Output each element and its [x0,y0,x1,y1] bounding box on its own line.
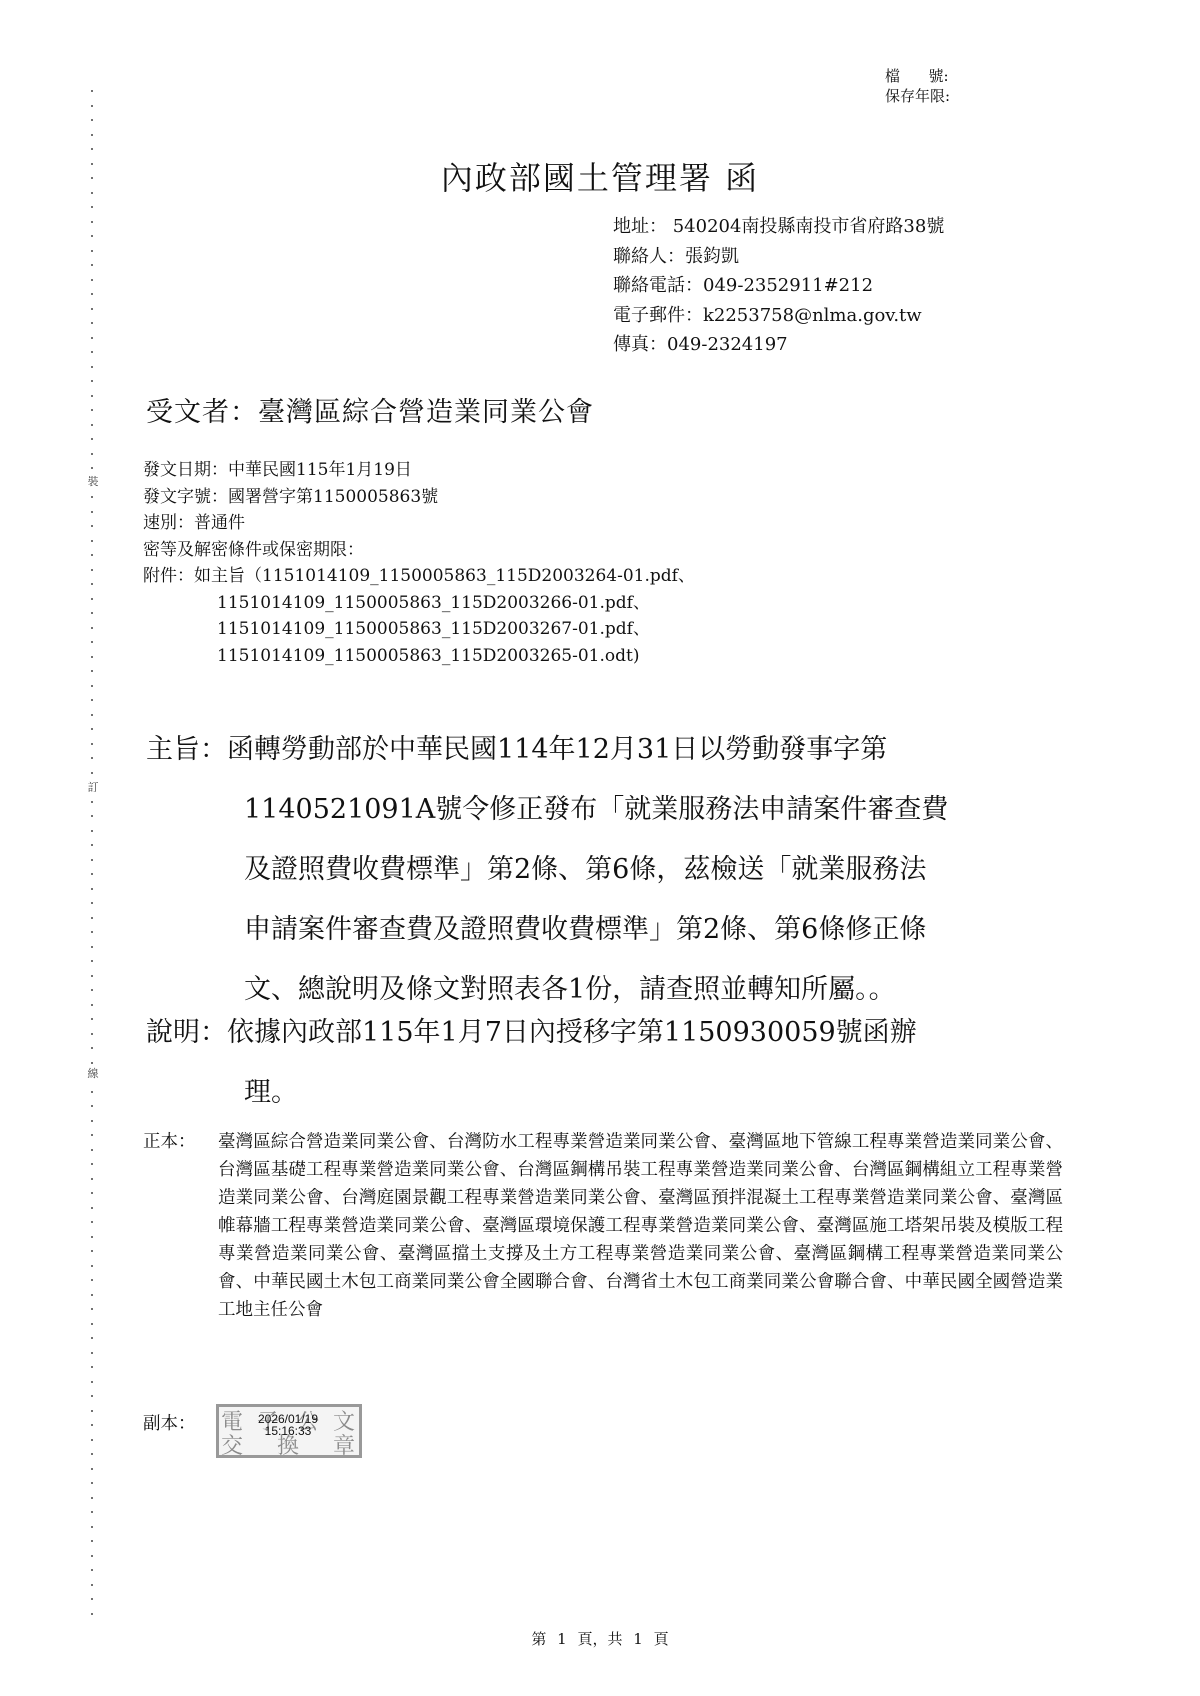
binding-dot [91,1018,93,1020]
binding-dot [91,975,93,977]
binding-dot [91,569,93,571]
binding-dot [91,699,93,701]
binding-dot [91,641,93,643]
stamp-time: 15:16:33 [243,1425,333,1437]
binding-dot [91,1308,93,1310]
binding-dot [91,409,93,411]
priority: 速別：普通件 [143,510,695,537]
explanation-section: 說明：依據內政部115年1月7日內授移字第1150930059號函辦 理。 [146,1003,1026,1123]
binding-dot [91,1265,93,1267]
binding-dot [91,1584,93,1586]
binding-dot [91,1236,93,1238]
binding-dot [91,989,93,991]
subject-line: 申請案件審查費及證照費收費標準」第2條、第6條修正條 [146,900,1026,960]
binding-dot [91,772,93,774]
binding-dot [91,1047,93,1049]
contact-info: 地址： 540204南投縣南投市省府路38號 聯絡人：張鈞凱 聯絡電話：049-… [613,212,944,360]
file-number-label: 檔 號: [885,66,950,86]
binding-dot [91,1395,93,1397]
binding-dot [91,743,93,745]
binding-dot [91,1163,93,1165]
binding-dot [91,221,93,223]
stamp-char: 交 [221,1429,243,1460]
subject-line: 主旨：函轉勞動部於中華民國114年12月31日以勞動發事字第 [146,720,1026,780]
issue-date: 發文日期：中華民國115年1月19日 [143,457,695,484]
binding-mark: 線 [86,1065,100,1081]
subject-line: 及證照費收費標準」第2條、第6條，茲檢送「就業服務法 [146,840,1026,900]
binding-dot [91,801,93,803]
binding-dot [91,511,93,513]
recipient: 受文者：臺灣區綜合營造業同業公會 [146,390,594,429]
binding-dot [91,1569,93,1571]
binding-dot [91,1294,93,1296]
binding-dot [91,250,93,252]
binding-dot [91,1105,93,1107]
binding-dot [91,1250,93,1252]
binding-dot [91,859,93,861]
binding-dot [91,1091,93,1093]
binding-dot [91,873,93,875]
binding-dot [91,1424,93,1426]
binding-dot [91,728,93,730]
binding-dot [91,1033,93,1035]
address: 地址： 540204南投縣南投市省府路38號 [613,212,944,242]
binding-dot [91,1178,93,1180]
binding-dot [91,598,93,600]
binding-dot [91,1366,93,1368]
binding-dot [91,134,93,136]
document-meta: 發文日期：中華民國115年1月19日 發文字號：國署營字第1150005863號… [143,457,695,669]
binding-dot [91,960,93,962]
fax: 傳真：049-2324197 [613,330,944,360]
email: 電子郵件：k2253758@nlma.gov.tw [613,301,944,331]
binding-dot [91,1381,93,1383]
binding-dot [91,1221,93,1223]
binding-dot [91,264,93,266]
binding-dot [91,206,93,208]
binding-dot [91,279,93,281]
attachment-file: 1151014109_1150005863_115D2003266-01.pdf… [143,590,695,617]
binding-dot [91,438,93,440]
original-label: 正本： [143,1128,196,1156]
contact-person: 聯絡人：張鈞凱 [613,242,944,272]
binding-dot [91,322,93,324]
binding-dot [91,525,93,527]
binding-dot [91,1468,93,1470]
binding-dot [91,467,93,469]
binding-dot [91,1279,93,1281]
binding-dot [91,844,93,846]
binding-dot [91,931,93,933]
binding-dot [91,540,93,542]
binding-dot [91,1149,93,1151]
binding-dot [91,554,93,556]
binding-dot [91,656,93,658]
binding-dot [91,90,93,92]
binding-dot [91,1337,93,1339]
binding-dot [91,1482,93,1484]
binding-dot [91,308,93,310]
binding-dot [91,714,93,716]
binding-dot [91,337,93,339]
original-recipients-text: 臺灣區綜合營造業同業公會、台灣防水工程專業營造業同業公會、臺灣區地下管線工程專業… [218,1128,1063,1324]
copy-label: 副本： [143,1410,196,1435]
binding-dot [91,1120,93,1122]
subject-line: 1140521091A號令修正發布「就業服務法申請案件審查費 [146,780,1026,840]
binding-dot [91,1410,93,1412]
binding-dot [91,293,93,295]
binding-dot [91,1352,93,1354]
binding-mark: 裝 [86,473,100,489]
binding-dot [91,1555,93,1557]
attachment-file: 1151014109_1150005863_115D2003267-01.pdf… [143,616,695,643]
explanation-line: 說明：依據內政部115年1月7日內授移字第1150930059號函辦 [146,1003,1026,1063]
file-number-block: 檔 號: 保存年限: [885,66,950,106]
binding-dot [91,1004,93,1006]
binding-dot [91,1134,93,1136]
binding-dot [91,917,93,919]
subject-section: 主旨：函轉勞動部於中華民國114年12月31日以勞動發事字第 114052109… [146,720,1026,1020]
binding-dot [91,366,93,368]
document-number: 發文字號：國署營字第1150005863號 [143,484,695,511]
binding-dot [91,1540,93,1542]
binding-dot [91,1207,93,1209]
attachment-file: 1151014109_1150005863_115D2003265-01.odt… [143,643,695,670]
binding-dot [91,670,93,672]
stamp-timestamp: 2026/01/19 15:16:33 [243,1413,333,1437]
original-recipients: 正本： 臺灣區綜合營造業同業公會、台灣防水工程專業營造業同業公會、臺灣區地下管線… [143,1128,1063,1324]
binding-dot [91,627,93,629]
binding-dot [91,105,93,107]
binding-dot [91,395,93,397]
binding-dot [91,888,93,890]
binding-margin: 裝訂線 [86,90,100,1630]
binding-dot [91,1613,93,1615]
binding-dot [91,119,93,121]
stamp-char: 章 [333,1429,355,1460]
binding-dot [91,612,93,614]
retention-label: 保存年限: [885,86,950,106]
attachment-label: 附件：如主旨（1151014109_1150005863_115D2003264… [143,563,695,590]
binding-dot [91,946,93,948]
binding-dot [91,1323,93,1325]
document-title: 內政部國土管理署 函 [0,153,1200,199]
binding-dot [91,1453,93,1455]
binding-mark: 訂 [86,779,100,795]
security-level: 密等及解密條件或保密期限： [143,537,695,564]
binding-dot [91,424,93,426]
binding-dot [91,351,93,353]
binding-dot [91,583,93,585]
binding-dot [91,496,93,498]
binding-dot [91,815,93,817]
binding-dot [91,1526,93,1528]
binding-dot [91,235,93,237]
binding-dot [91,1062,93,1064]
binding-dot [91,1192,93,1194]
explanation-line: 理。 [146,1063,1026,1123]
page-number: 第 1 頁，共 1 頁 [0,1628,1200,1649]
phone: 聯絡電話：049-2352911#212 [613,271,944,301]
e-document-stamp: 電 子 公 文 交 換 章 2026/01/19 15:16:33 [216,1404,362,1458]
binding-dot [91,1511,93,1513]
binding-dot [91,380,93,382]
binding-dot [91,1497,93,1499]
binding-dot [91,902,93,904]
binding-dot [91,757,93,759]
binding-dot [91,1598,93,1600]
binding-dot [91,830,93,832]
binding-dot [91,685,93,687]
binding-dot [91,1439,93,1441]
binding-dot [91,148,93,150]
binding-dot [91,453,93,455]
